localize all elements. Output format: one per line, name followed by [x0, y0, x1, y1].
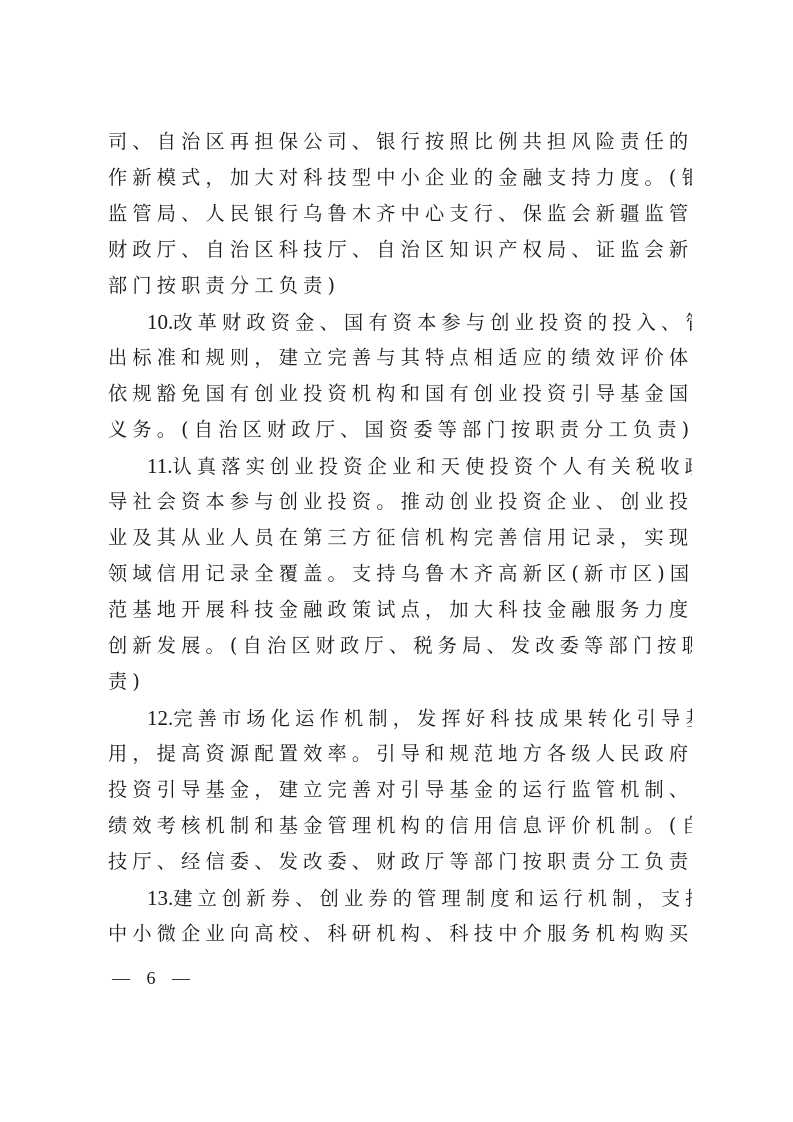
text-line-content: 改革财政资金、国有资本参与创业投资的投入、管理与退: [173, 311, 692, 334]
paragraph-13: 13.建立创新券、创业券的管理制度和运行机制，支持科技型 中小微企业向高校、科研…: [108, 880, 692, 952]
paragraph-10: 10.改革财政资金、国有资本参与创业投资的投入、管理与退 出标准和规则，建立完善…: [108, 304, 692, 448]
text-line: 中小微企业向高校、科研机构、科技中介服务机构购买科技成果或: [108, 916, 692, 952]
text-line: 范基地开展科技金融政策试点，加大科技金融服务力度，推动创业: [108, 592, 692, 628]
text-line-first: 11.认真落实创业投资企业和天使投资个人有关税收政策，引: [108, 448, 692, 484]
text-line: 作新模式，加大对科技型中小企业的金融支持力度。(银监会新疆: [108, 160, 692, 196]
text-line-content: 完善市场化运作机制，发挥好科技成果转化引导基金的作: [173, 707, 692, 730]
text-line: 监管局、人民银行乌鲁木齐中心支行、保监会新疆监管局、自治区: [108, 196, 692, 232]
text-line-content: 认真落实创业投资企业和天使投资个人有关税收政策，引: [172, 455, 692, 478]
text-line: 投资引导基金，建立完善对引导基金的运行监管机制、财政资金的: [108, 772, 692, 808]
text-line: 部门按职责分工负责): [108, 268, 692, 304]
text-line: 依规豁免国有创业投资机构和国有创业投资引导基金国有股转持: [108, 376, 692, 412]
text-line-content: 建立创新券、创业券的管理制度和运行机制，支持科技型: [173, 887, 692, 910]
paragraph-12: 12.完善市场化运作机制，发挥好科技成果转化引导基金的作 用，提高资源配置效率。…: [108, 700, 692, 880]
text-line: 用，提高资源配置效率。引导和规范地方各级人民政府设立创业: [108, 736, 692, 772]
text-line: 导社会资本参与创业投资。推动创业投资企业、创业投资管理企: [108, 484, 692, 520]
page-number: — 6 —: [112, 968, 196, 989]
paragraph-continued: 司、自治区再担保公司、银行按照比例共担风险责任的融资担保合 作新模式，加大对科技…: [108, 124, 692, 304]
paragraph-number: 12.: [147, 706, 173, 730]
text-line: 义务。(自治区财政厅、国资委等部门按职责分工负责): [108, 412, 692, 448]
text-line: 领域信用记录全覆盖。支持乌鲁木齐高新区(新市区)国家双创示: [108, 556, 692, 592]
text-line-first: 13.建立创新券、创业券的管理制度和运行机制，支持科技型: [108, 880, 692, 916]
text-line: 出标准和规则，建立完善与其特点相适应的绩效评价体系。依法: [108, 340, 692, 376]
paragraph-11: 11.认真落实创业投资企业和天使投资个人有关税收政策，引 导社会资本参与创业投资…: [108, 448, 692, 700]
text-line: 绩效考核机制和基金管理机构的信用信息评价机制。(自治区科: [108, 808, 692, 844]
text-line-first: 12.完善市场化运作机制，发挥好科技成果转化引导基金的作: [108, 700, 692, 736]
text-line: 业及其从业人员在第三方征信机构完善信用记录，实现创业投资: [108, 520, 692, 556]
text-line: 技厅、经信委、发改委、财政厅等部门按职责分工负责): [108, 844, 692, 880]
document-page-body: 司、自治区再担保公司、银行按照比例共担风险责任的融资担保合 作新模式，加大对科技…: [108, 124, 692, 952]
paragraph-number: 10.: [147, 310, 173, 334]
paragraph-number: 11.: [147, 454, 172, 478]
text-line-first: 10.改革财政资金、国有资本参与创业投资的投入、管理与退: [108, 304, 692, 340]
text-line: 创新发展。(自治区财政厅、税务局、发改委等部门按职责分工负: [108, 628, 692, 664]
text-line: 司、自治区再担保公司、银行按照比例共担风险责任的融资担保合: [108, 124, 692, 160]
text-line: 责): [108, 664, 692, 700]
text-line: 财政厅、自治区科技厅、自治区知识产权局、证监会新疆监管局等: [108, 232, 692, 268]
paragraph-number: 13.: [147, 886, 173, 910]
